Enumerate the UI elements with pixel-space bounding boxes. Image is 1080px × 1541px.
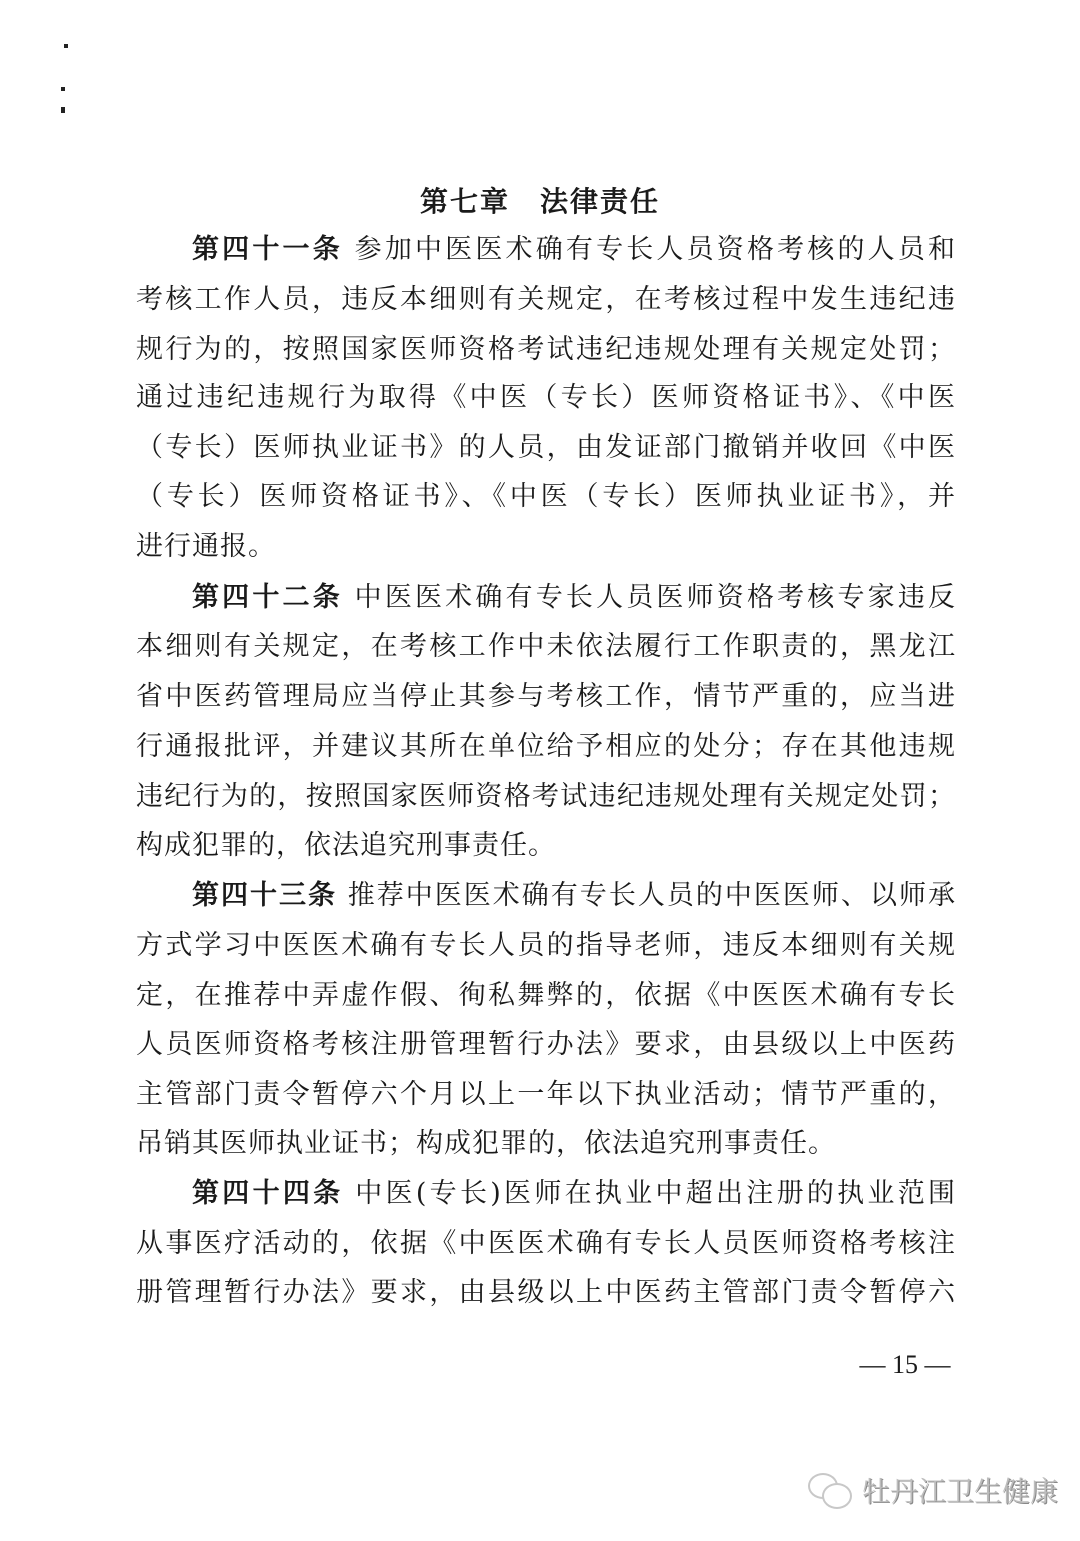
article-42-line-5: 违纪行为的，按照国家医师资格考试违纪违规处理有关规定处罚； (136, 777, 956, 817)
article-41-line-7: 进行通报。 (136, 527, 956, 567)
article-43-line-2: 方式学习中医医术确有专长人员的指导老师，违反本细则有关规 (136, 926, 956, 966)
article-44-line-2: 从事医疗活动的，依据《中医医术确有专长人员医师资格考核注 (136, 1224, 956, 1264)
article-43-line-4: 人员医师资格考核注册管理暂行办法》要求，由县级以上中医药 (136, 1025, 956, 1065)
article-42-line-6: 构成犯罪的，依法追究刑事责任。 (136, 826, 956, 866)
article-43-line-1: 第四十三条 推荐中医医术确有专长人员的中医医师、以师承 (192, 876, 956, 916)
page-number: — 15 — (850, 1350, 960, 1380)
chapter-title: 第七章 法律责任 (0, 180, 1080, 220)
wechat-icon (808, 1473, 854, 1507)
watermark-text: 牡丹江卫生健康 (862, 1470, 1058, 1510)
article-label: 第四十四条 (192, 1178, 343, 1209)
article-43-line-6: 吊销其医师执业证书；构成犯罪的，依法追究刑事责任。 (136, 1124, 956, 1164)
article-43-line-5: 主管部门责令暂停六个月以上一年以下执业活动；情节严重的， (136, 1075, 956, 1115)
article-41-line-6: （专长）医师资格证书》、《中医（专长）医师执业证书》，并 (136, 477, 956, 517)
article-41-line-4: 通过违纪违规行为取得《中医（专长）医师资格证书》、《中医 (136, 378, 956, 418)
watermark: 牡丹江卫生健康 (808, 1470, 1058, 1510)
margin-dot (61, 107, 65, 113)
article-41-line-5: （专长）医师执业证书》的人员，由发证部门撤销并收回《中医 (136, 428, 956, 468)
article-44-line-3: 册管理暂行办法》要求，由县级以上中医药主管部门责令暂停六 (136, 1273, 956, 1313)
article-42-line-4: 行通报批评，并建议其所在单位给予相应的处分；存在其他违规 (136, 727, 956, 767)
article-42-line-1: 第四十二条 中医医术确有专长人员医师资格考核专家违反 (192, 578, 956, 618)
article-label: 第四十二条 (192, 582, 343, 613)
margin-dot (64, 44, 68, 48)
article-44-line-1: 第四十四条 中医(专长)医师在执业中超出注册的执业范围 (192, 1174, 956, 1214)
article-43-line-3: 定，在推荐中弄虚作假、徇私舞弊的，依据《中医医术确有专长 (136, 976, 956, 1016)
article-41-line-1: 第四十一条 参加中医医术确有专长人员资格考核的人员和 (192, 230, 956, 270)
article-42-line-2: 本细则有关规定，在考核工作中未依法履行工作职责的，黑龙江 (136, 627, 956, 667)
article-label: 第四十三条 (192, 880, 337, 911)
article-41-line-3: 规行为的，按照国家医师资格考试违纪违规处理有关规定处罚； (136, 330, 956, 370)
margin-dot (61, 87, 65, 91)
article-label: 第四十一条 (192, 234, 343, 265)
article-42-line-3: 省中医药管理局应当停止其参与考核工作，情节严重的，应当进 (136, 677, 956, 717)
article-41-line-2: 考核工作人员，违反本细则有关规定，在考核过程中发生违纪违 (136, 280, 956, 320)
